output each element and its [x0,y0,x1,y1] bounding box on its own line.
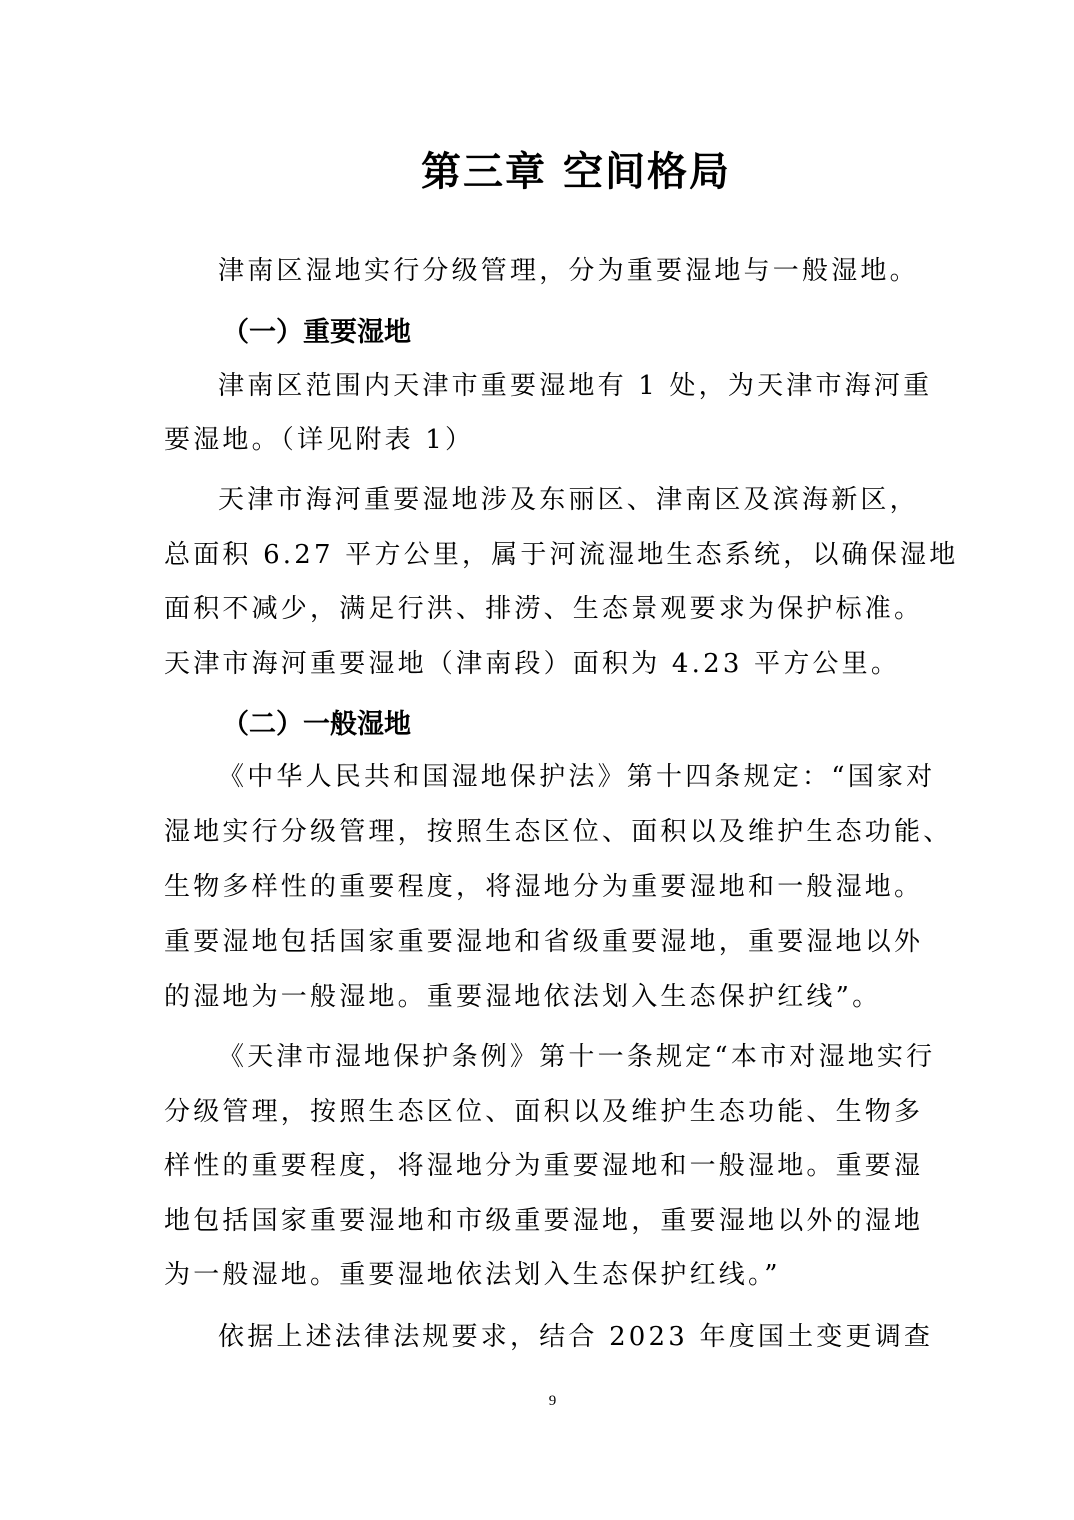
document-page: 第三章 空间格局 津南区湿地实行分级管理，分为重要湿地与一般湿地。 （一）重要湿… [0,0,1074,1520]
section-heading-important-wetland: （一）重要湿地 [222,316,411,350]
paragraph-line: 重要湿地包括国家重要湿地和省级重要湿地，重要湿地以外 [164,925,914,959]
paragraph-line: 分级管理，按照生态区位、面积以及维护生态功能、生物多 [164,1095,914,1129]
paragraph-line: 为一般湿地。重要湿地依法划入生态保护红线。” [164,1258,914,1292]
paragraph-line: 依据上述法律法规要求，结合 2023 年度国土变更调查 [218,1320,968,1354]
paragraph-line: 湿地实行分级管理，按照生态区位、面积以及维护生态功能、 [164,815,914,849]
paragraph-line: 津南区范围内天津市重要湿地有 1 处，为天津市海河重 [218,369,968,403]
paragraph-line: 天津市海河重要湿地（津南段）面积为 4.23 平方公里。 [164,647,914,681]
paragraph-line: 《中华人民共和国湿地保护法》第十四条规定：“国家对 [218,760,968,794]
paragraph-line: 生物多样性的重要程度，将湿地分为重要湿地和一般湿地。 [164,870,914,904]
paragraph-line: 的湿地为一般湿地。重要湿地依法划入生态保护红线”。 [164,980,914,1014]
paragraph-line: 天津市海河重要湿地涉及东丽区、津南区及滨海新区， [218,483,968,517]
paragraph-line: 样性的重要程度，将湿地分为重要湿地和一般湿地。重要湿 [164,1149,914,1183]
paragraph-line: 《天津市湿地保护条例》第十一条规定“本市对湿地实行 [218,1040,968,1074]
paragraph-line: 地包括国家重要湿地和市级重要湿地，重要湿地以外的湿地 [164,1204,914,1238]
paragraph-line: 总面积 6.27 平方公里，属于河流湿地生态系统，以确保湿地 [164,538,914,572]
chapter-title: 第三章 空间格局 [0,140,1074,197]
intro-paragraph: 津南区湿地实行分级管理，分为重要湿地与一般湿地。 [218,254,968,288]
paragraph-line: 要湿地。（详见附表 1） [164,423,914,457]
section-heading-general-wetland: （二）一般湿地 [222,708,411,742]
paragraph-line: 面积不减少，满足行洪、排涝、生态景观要求为保护标准。 [164,592,914,626]
page-number: 9 [0,1393,1074,1410]
